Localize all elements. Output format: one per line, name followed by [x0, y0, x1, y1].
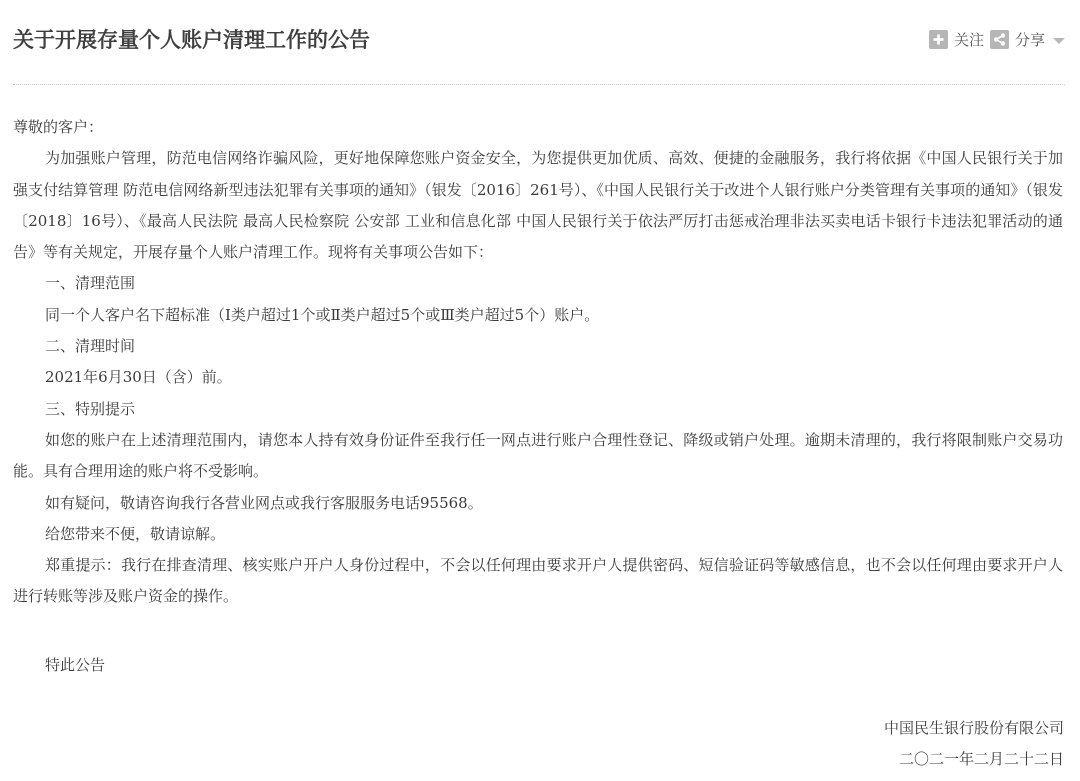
section-heading-time: 二、清理时间	[13, 331, 1063, 362]
article-actions: 关注 分享	[929, 29, 1065, 50]
signature-organization: 中国民生银行股份有限公司	[884, 713, 1064, 744]
plus-icon	[929, 30, 948, 49]
section-text-time: 2021年6月30日（含）前。	[13, 362, 1063, 393]
article-header: 关于开展存量个人账户清理工作的公告 关注 分享	[13, 22, 1065, 56]
article-body: 尊敬的客户： 为加强账户管理，防范电信网络诈骗风险，更好地保障您账户资金安全，为…	[13, 112, 1063, 613]
follow-label: 关注	[954, 29, 984, 50]
share-label: 分享	[1015, 29, 1045, 50]
section-heading-scope: 一、清理范围	[13, 268, 1063, 299]
page-title: 关于开展存量个人账户清理工作的公告	[13, 24, 370, 54]
signature-date: 二〇二一年二月二十二日	[884, 744, 1064, 775]
intro-paragraph: 为加强账户管理，防范电信网络诈骗风险，更好地保障您账户资金安全，为您提供更加优质…	[13, 143, 1063, 268]
warning-paragraph: 郑重提示：我行在排查清理、核实账户开户人身份过程中，不会以任何理由要求开户人提供…	[13, 550, 1063, 613]
section-text-notice: 如您的账户在上述清理范围内，请您本人持有效身份证件至我行任一网点进行账户合理性登…	[13, 425, 1063, 488]
share-button[interactable]: 分享	[990, 29, 1065, 50]
section-text-scope: 同一个人客户名下超标准（Ⅰ类户超过1个或Ⅱ类户超过5个或Ⅲ类户超过5个）账户。	[13, 300, 1063, 331]
section-heading-notice: 三、特别提示	[13, 394, 1063, 425]
share-icon	[990, 30, 1009, 49]
inquiry-paragraph: 如有疑问，敬请咨询我行各营业网点或我行客服服务电话95568。	[13, 488, 1063, 519]
apology-paragraph: 给您带来不便，敬请谅解。	[13, 519, 1063, 550]
follow-button[interactable]: 关注	[929, 29, 984, 50]
header-divider	[13, 84, 1065, 85]
closing-statement: 特此公告	[45, 650, 105, 681]
salutation: 尊敬的客户：	[13, 112, 1063, 143]
signature-block: 中国民生银行股份有限公司 二〇二一年二月二十二日	[884, 713, 1064, 775]
caret-down-icon[interactable]	[1053, 38, 1065, 44]
